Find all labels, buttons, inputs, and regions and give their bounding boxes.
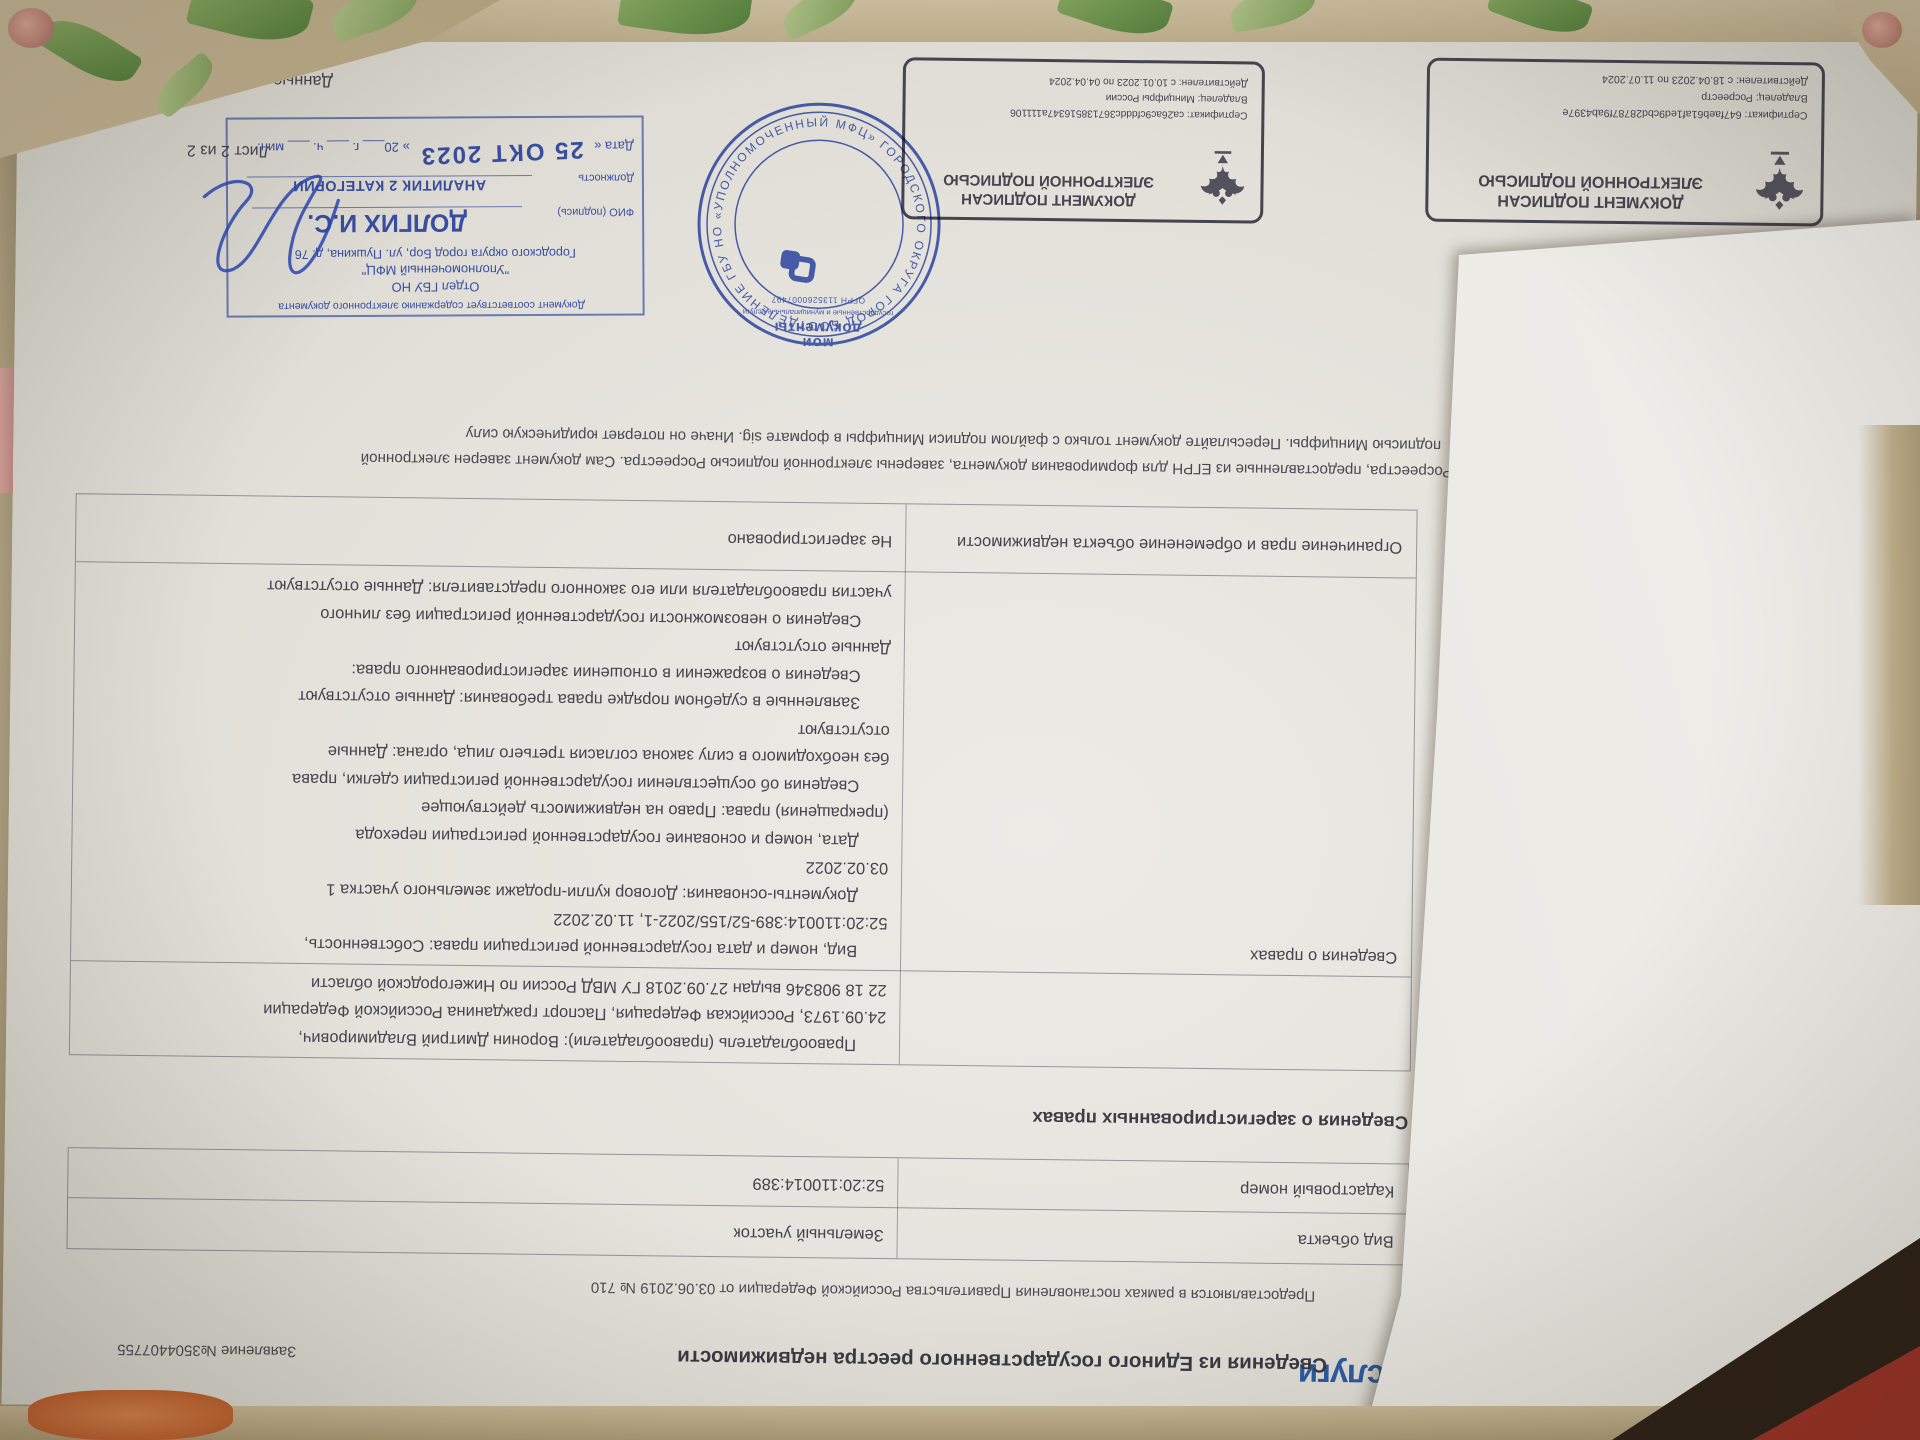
tablecloth-pink-sliver (0, 368, 13, 493)
flower-pattern (8, 8, 54, 48)
overlay-sheet-wrap (0, 0, 1920, 1440)
overlay-sheet-corner (0, 0, 1920, 1440)
photo-of-document: { "header": { "logo": "госуслуги", "titl… (0, 0, 1920, 1440)
tablecloth-right-sliver (1858, 425, 1920, 905)
tablecloth-orange-patch (28, 1390, 233, 1440)
flower-pattern (1862, 12, 1902, 48)
